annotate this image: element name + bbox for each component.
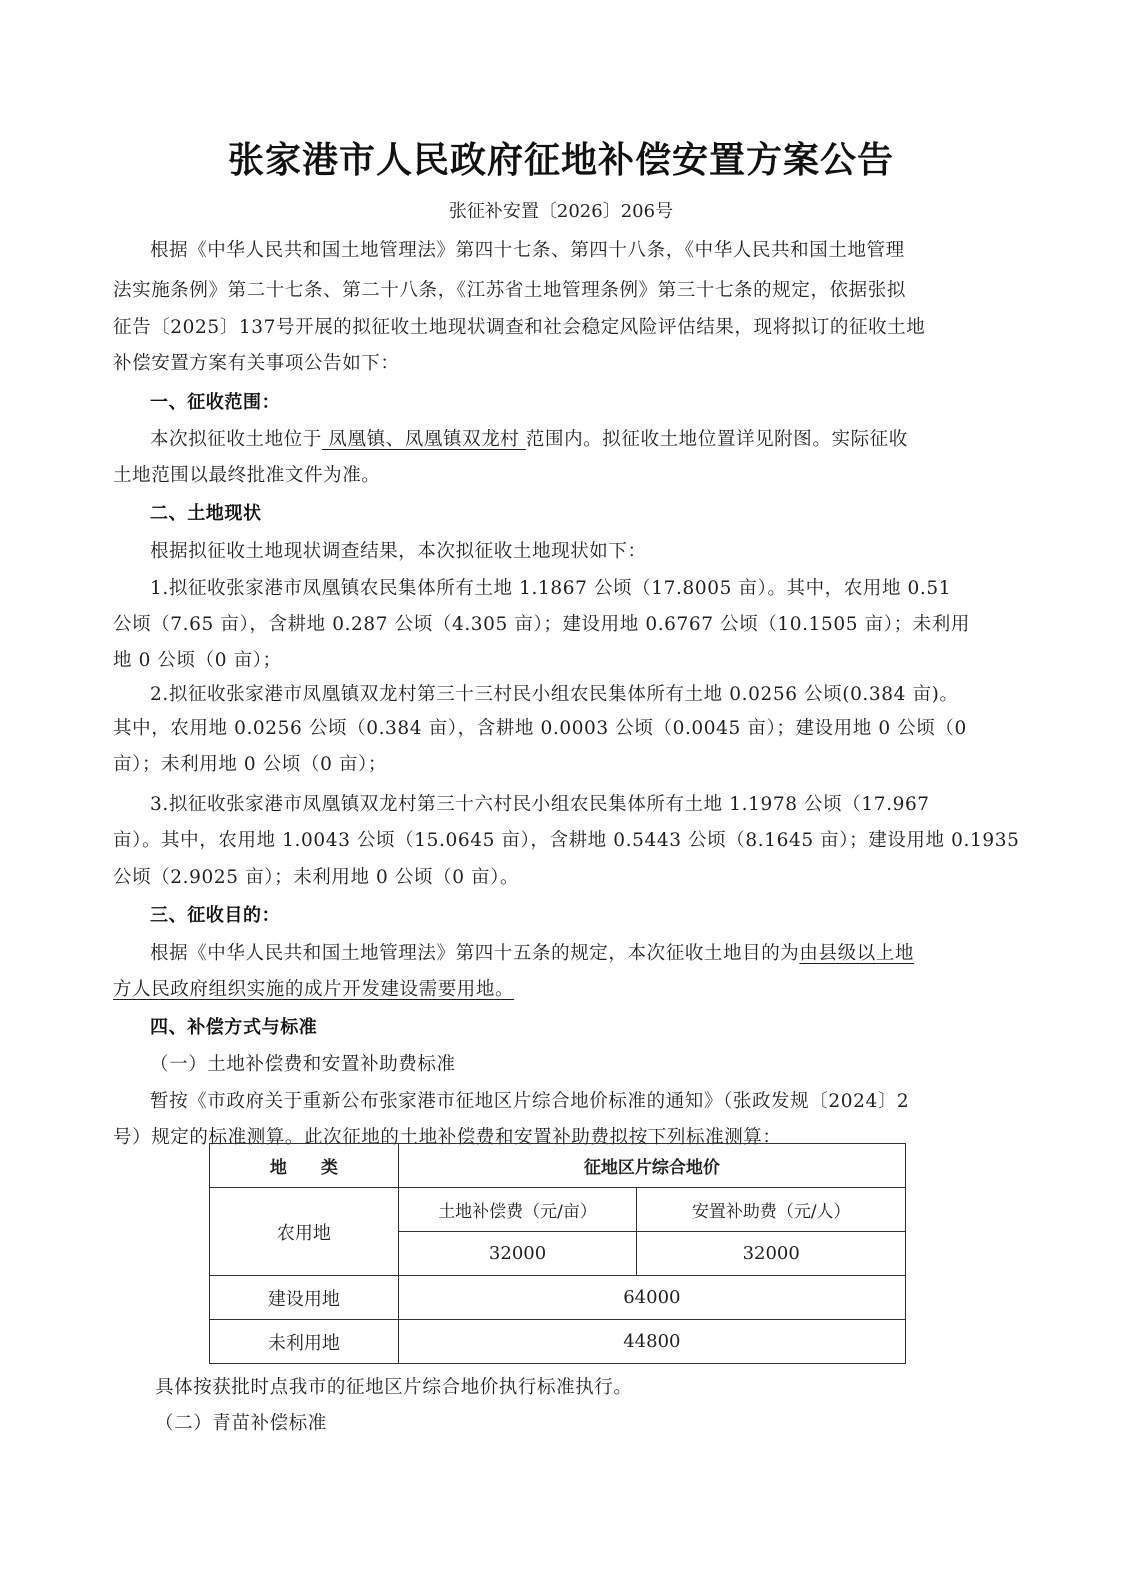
intro-line-2: 法实施条例》第二十七条、第二十八条，《江苏省土地管理条例》第三十七条的规定，依据… [113,279,997,303]
item-1-line-3: 地 0 公顷（0 亩）； [113,649,997,673]
section-2-heading: 二、土地现状 [150,502,997,526]
table-row: 建设用地 64000 [210,1276,906,1320]
document-number: 张征补安置〔2026〕206号 [0,197,1122,223]
intro-line-1: 根据《中华人民共和国土地管理法》第四十七条、第四十八条，《中华人民共和国土地管理 [150,239,997,263]
section-1-line-2: 土地范围以最终批准文件为准。 [113,464,997,488]
item-3-line-1: 3.拟征收张家港市凤凰镇双龙村第三十六村民小组农民集体所有土地 1.1978 公… [150,793,997,817]
item-1-line-2: 公顷（7.65 亩），含耕地 0.287 公顷（4.305 亩）；建设用地 0.… [113,613,997,637]
land-price-table: 地 类 征地区片综合地价 农用地 土地补偿费（元/亩） 安置补助费（元/人） 3… [209,1143,906,1364]
row-type-agricultural: 农用地 [210,1188,399,1276]
item-1-line-1: 1.拟征收张家港市凤凰镇农民集体所有土地 1.1867 公顷（17.8005 亩… [150,577,997,601]
subsection-1-line-1: 暂按《市政府关于重新公布张家港市征地区片综合地价标准的通知》（张政发规〔2024… [150,1090,997,1114]
table-row: 未利用地 44800 [210,1320,906,1364]
header-zone-price: 征地区片综合地价 [398,1144,905,1188]
section-3-prefix: 根据《中华人民共和国土地管理法》第四十五条的规定，本次征收土地目的为 [150,943,799,964]
purpose-underlined-1: 由县级以上地 [799,943,914,964]
row-type-construction: 建设用地 [210,1276,399,1320]
subsection-1-heading: （一）土地补偿费和安置补助费标准 [150,1053,997,1077]
document-title: 张家港市人民政府征地补偿安置方案公告 [0,132,1122,183]
section-1-prefix: 本次拟征收土地位于 [150,429,322,450]
row-type-unused: 未利用地 [210,1320,399,1364]
item-2-line-3: 亩）；未利用地 0 公顷（0 亩）； [113,753,997,777]
construction-value: 64000 [398,1276,905,1320]
section-4-heading: 四、补偿方式与标准 [150,1016,997,1040]
section-3-heading: 三、征收目的： [150,904,997,928]
subheader-compensation: 土地补偿费（元/亩） [398,1188,637,1232]
header-land-type: 地 类 [210,1144,399,1188]
agricultural-compensation-value: 32000 [398,1232,637,1276]
table-row: 农用地 土地补偿费（元/亩） 安置补助费（元/人） [210,1188,906,1232]
item-2-line-2: 其中，农用地 0.0256 公顷（0.384 亩），含耕地 0.0003 公顷（… [113,717,997,741]
table-header-row: 地 类 征地区片综合地价 [210,1144,906,1188]
unused-value: 44800 [398,1320,905,1364]
section-3-line-1: 根据《中华人民共和国土地管理法》第四十五条的规定，本次征收土地目的为由县级以上地 [150,942,997,966]
purpose-underlined-2: 方人民政府组织实施的成片开发建设需要用地。 [113,979,514,1000]
section-3-line-2: 方人民政府组织实施的成片开发建设需要用地。 [113,978,997,1002]
section-2-intro: 根据拟征收土地现状调查结果，本次拟征收土地现状如下： [150,540,997,564]
location-underlined: 凤凰镇、凤凰镇双龙村 [322,429,526,450]
after-table-note: 具体按获批时点我市的征地区片综合地价执行标准执行。 [155,1376,1039,1400]
subheader-resettlement: 安置补助费（元/人） [637,1188,906,1232]
intro-line-4: 补偿安置方案有关事项公告如下： [113,352,997,376]
subsection-2-heading: （二）青苗补偿标准 [155,1412,1039,1436]
document-page: 张家港市人民政府征地补偿安置方案公告 张征补安置〔2026〕206号 根据《中华… [0,0,1122,1587]
agricultural-resettlement-value: 32000 [637,1232,906,1276]
item-3-line-3: 公顷（2.9025 亩）；未利用地 0 公顷（0 亩）。 [113,866,997,890]
section-1-line-1: 本次拟征收土地位于 凤凰镇、凤凰镇双龙村 范围内。拟征收土地位置详见附图。实际征… [150,428,997,452]
section-1-heading: 一、征收范围： [150,391,997,415]
intro-line-3: 征告〔2025〕137号开展的拟征收土地现状调查和社会稳定风险评估结果，现将拟订… [113,316,997,340]
item-2-line-1: 2.拟征收张家港市凤凰镇双龙村第三十三村民小组农民集体所有土地 0.0256 公… [150,683,997,707]
item-3-line-2: 亩）。其中，农用地 1.0043 公顷（15.0645 亩），含耕地 0.544… [113,829,997,853]
section-1-suffix: 范围内。拟征收土地位置详见附图。实际征收 [526,429,908,450]
